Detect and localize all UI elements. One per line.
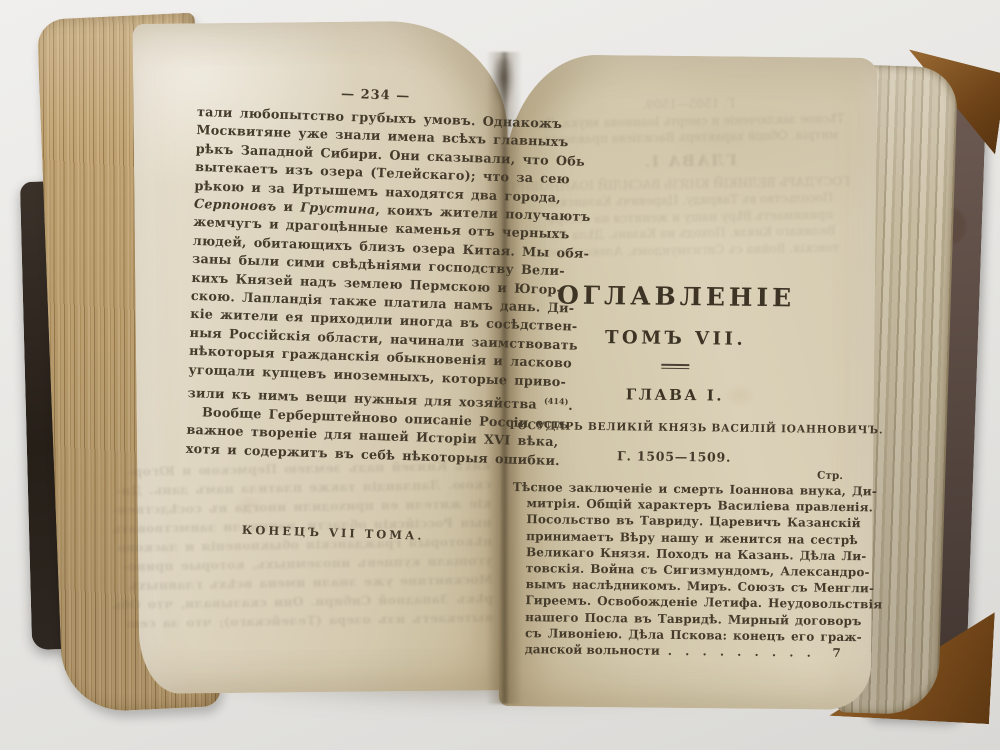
- chapter-heading: ГЛАВА I.: [510, 384, 840, 406]
- toc-entry-text: данской вольности: [525, 641, 660, 659]
- chapter-years-range: Г. 1505—1509.: [509, 447, 839, 466]
- toc-volume: ТОМЪ VII.: [511, 326, 841, 351]
- chapter-subtitle: ГОСУДАРЬ ВЕЛИКІЙ КНЯЗЬ ВАСИЛІЙ ІОАННОВИЧ…: [509, 420, 839, 436]
- dot-leader: . . . . . . . . . .: [668, 643, 825, 661]
- toc-heading-group: ОГЛАВЛЕНІЕ ТОМЪ VII. ГЛАВА I. ГОСУДАРЬ В…: [509, 280, 841, 466]
- place-name-italic: Грустина: [300, 200, 376, 217]
- left-page-text-block: — 234 — тали любопытство грубыхъ умовъ. …: [183, 82, 498, 545]
- toc-title: ОГЛАВЛЕНІЕ: [511, 280, 841, 313]
- toc-entry-page-number: 7: [832, 645, 841, 661]
- double-rule-divider: [661, 364, 689, 369]
- toc-entry: Тѣсное заключеніе и смерть Іоаннова внук…: [511, 479, 843, 661]
- place-name-italic: Серпоновъ: [194, 197, 277, 215]
- right-page-text-block: ОГЛАВЛЕНІЕ ТОМЪ VII. ГЛАВА I. ГОСУДАРЬ В…: [511, 62, 850, 661]
- conjunction: и: [276, 200, 300, 216]
- book-photograph: кихъ Князей надъ землею Пермскою и Югор-…: [0, 0, 1000, 750]
